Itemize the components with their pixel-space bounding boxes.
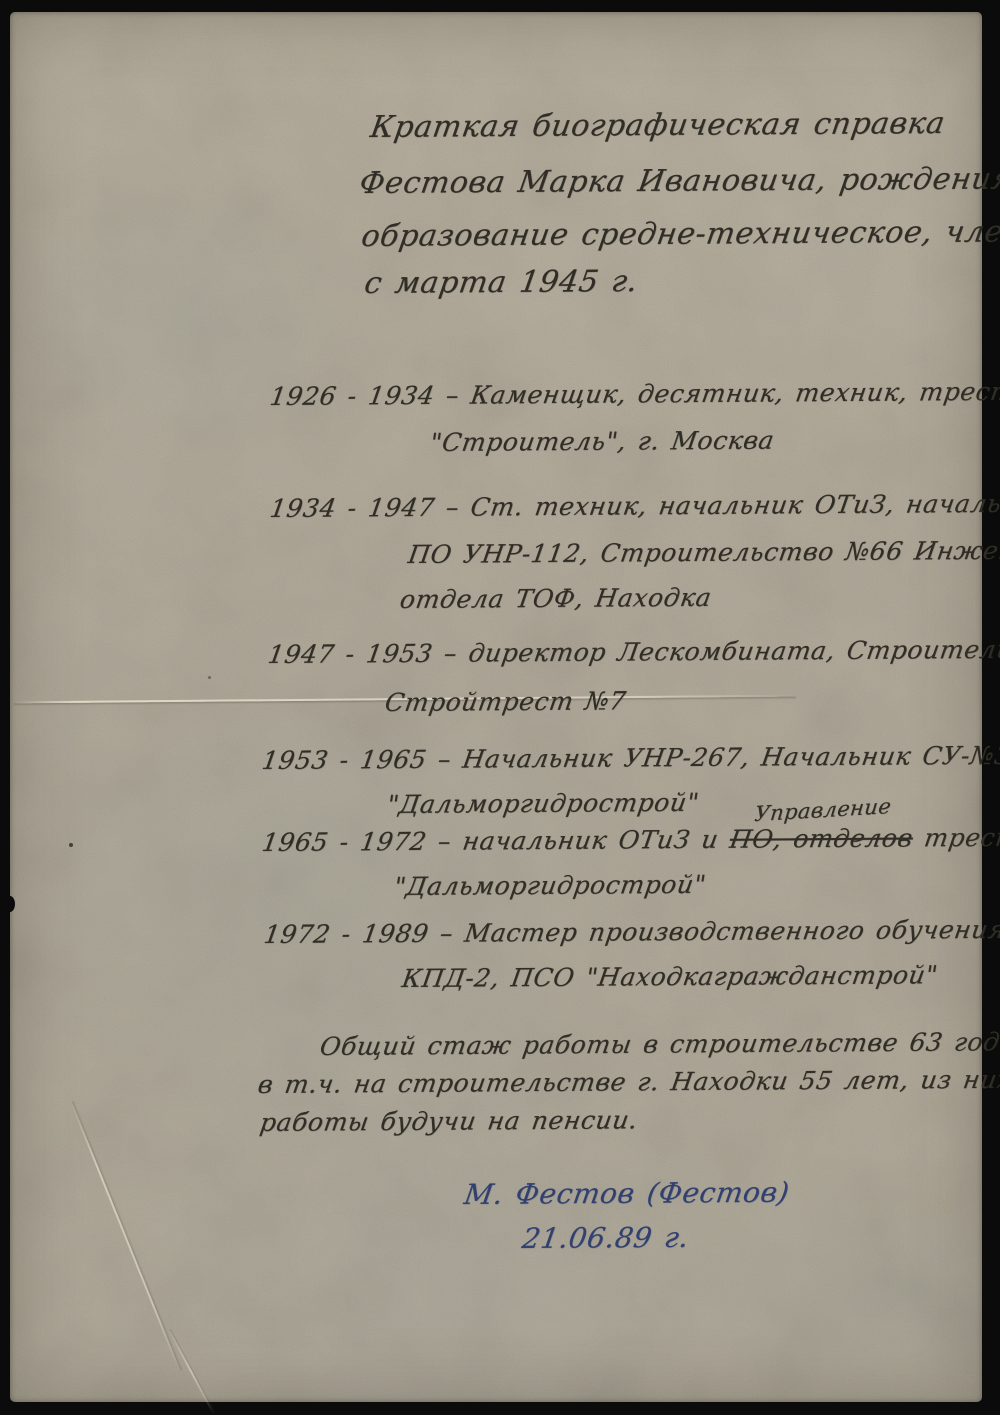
ink-speck — [208, 676, 211, 679]
entry-1965-text-before: 1965 - 1972 – начальник ОТиЗ и — [260, 825, 732, 857]
summary-line-2: в т.ч. на строительстве г. Находки 55 ле… — [256, 1064, 1000, 1099]
summary-line-1: Общий стаж работы в строительстве 63 год… — [318, 1027, 1000, 1061]
entry-1947-line-2: Стройтрест №7 — [383, 686, 628, 717]
entry-1934-line-1: 1934 - 1947 – Ст. техник, начальник ОТиЗ… — [268, 489, 1000, 523]
entry-1965-struck-text: ПО, отделов — [728, 823, 915, 853]
signature-name: М. Фестов (Фестов) — [462, 1176, 792, 1211]
scanned-document-page: { "document_kind": "handwritten biograph… — [0, 0, 1000, 1415]
title-line-1: Краткая биографическая справка — [368, 106, 948, 145]
entry-1972-line-1: 1972 - 1989 – Мастер производственного о… — [262, 914, 1000, 949]
entry-1965-line-2: "Дальморгидрострой" — [392, 870, 708, 901]
entry-1965-line-1: 1965 - 1972 – начальник ОТиЗ и ПО, отдел… — [260, 823, 1000, 857]
entry-1965-text-after: треста — [911, 823, 1000, 853]
entry-1926-line-2: "Строитель", г. Москва — [428, 426, 776, 457]
entry-1972-line-2: КПД-2, ПСО "Находкагражданстрой" — [400, 960, 940, 993]
summary-line-3: работы будучи на пенсии. — [258, 1105, 640, 1137]
title-line-3: образование средне-техническое, член КПС… — [359, 214, 1000, 254]
entry-1947-line-1: 1947 - 1953 – директор Лескомбината, Стр… — [266, 634, 1000, 669]
entry-1953-line-2: "Дальморгидрострой" — [385, 788, 701, 819]
title-line-4: с марта 1945 г. — [362, 264, 640, 301]
entry-1953-line-1: 1953 - 1965 – Начальник УНР-267, Начальн… — [260, 740, 1000, 775]
entry-1926-line-1: 1926 - 1934 – Каменщик, десятник, техник… — [268, 377, 1000, 411]
entry-1934-line-2-text: ПО УНР-112, Строительство №66 Инженерно — [406, 535, 1000, 569]
title-line-2: Фестова Марка Ивановича, рождения 1910 г… — [357, 160, 1000, 201]
signature-date: 21.06.89 г. — [520, 1221, 691, 1255]
entry-1934-line-2: ПО УНР-112, Строительство №66 Инженерног… — [405, 535, 1000, 576]
entry-1934-line-3: отдела ТОФ, Находка — [398, 583, 714, 614]
paper-edge-notch — [5, 896, 15, 912]
ink-speck — [69, 843, 73, 847]
